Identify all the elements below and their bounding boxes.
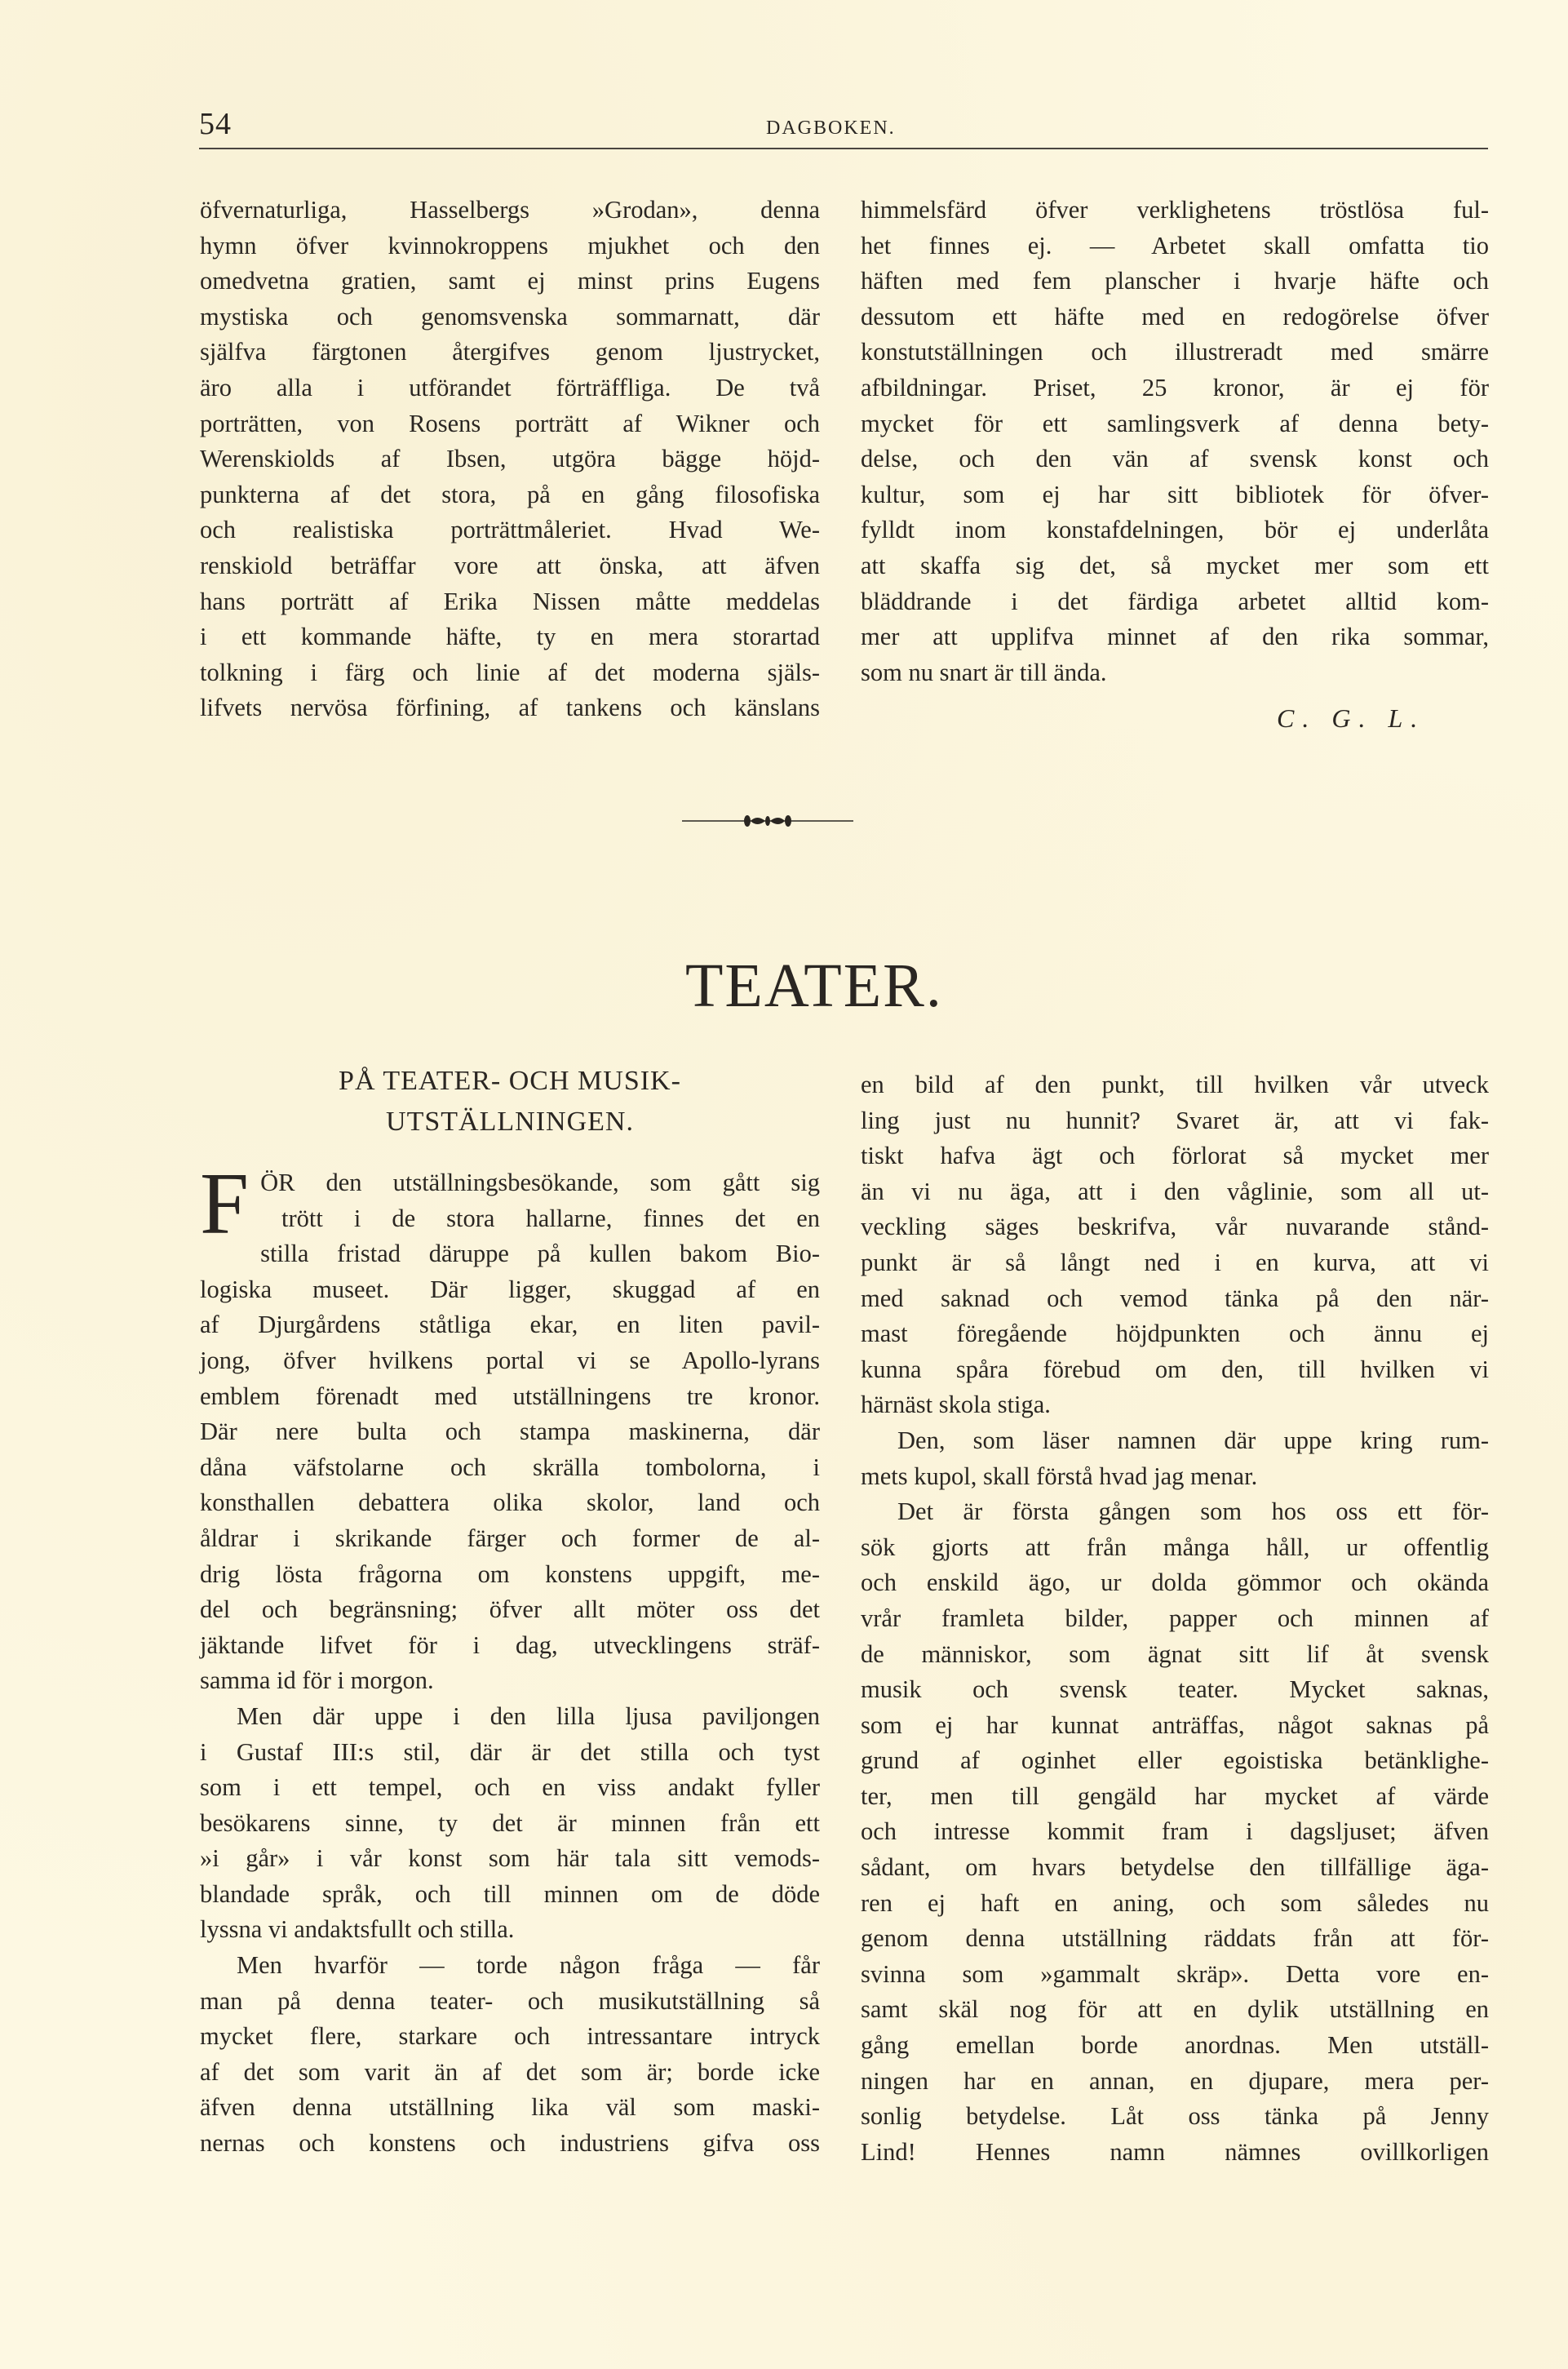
text-line: sök gjorts att från många håll, ur offen… (861, 1530, 1489, 1566)
text-line: i Gustaf III:s stil, där är det stilla o… (200, 1735, 820, 1771)
text-line: åldrar i skrikande färger och former de … (200, 1521, 820, 1557)
text-line: emblem förenadt med utställningens tre k… (200, 1379, 820, 1415)
text-line: mycket för ett samlingsverk af denna bet… (861, 406, 1489, 442)
text-line: porträtten, von Rosens porträtt af Wikne… (200, 406, 820, 442)
text-line: äfven denna utställning lika väl som mas… (200, 2090, 820, 2126)
text-line: het finnes ej. — Arbetet skall omfatta t… (861, 228, 1489, 264)
text-line: af Djurgårdens ståtliga ekar, en liten p… (200, 1307, 820, 1343)
text-line: fylldt inom konstafdelningen, bör ej und… (861, 512, 1489, 548)
text-line: och intresse kommit fram i dagsljuset; ä… (861, 1814, 1489, 1850)
text-line: afbildningar. Priset, 25 kronor, är ej f… (861, 370, 1489, 406)
text-line: delse, och den vän af svensk konst och (861, 441, 1489, 477)
section-title: TEATER. (685, 951, 1012, 1022)
text-line: jäktande lifvet för i dag, utvecklingens… (200, 1628, 820, 1664)
article-title-line-1: PÅ TEATER- OCH MUSIK- (200, 1061, 820, 1102)
text-line: ren ej haft en aning, och som således nu (861, 1886, 1489, 1922)
text-line: Men hvarför — torde någon fråga — får (200, 1948, 820, 1984)
text-line: i ett kommande häfte, ty en mera storart… (200, 619, 820, 655)
text-line: mets kupol, skall förstå hvad jag menar. (861, 1459, 1489, 1495)
article-title-line-2: UTSTÄLLNINGEN. (200, 1102, 820, 1142)
text-line: besökarens sinne, ty det är minnen från … (200, 1806, 820, 1842)
page-number: 54 (199, 106, 232, 142)
text-line: punkt är så långt ned i en kurva, att vi (861, 1245, 1489, 1281)
text-line: Där nere bulta och stampa maskinerna, dä… (200, 1414, 820, 1450)
text-line: som i ett tempel, och en viss andakt fyl… (200, 1770, 820, 1806)
text-line: af det som varit än af det som är; borde… (200, 2055, 820, 2091)
header-rule (199, 148, 1488, 149)
text-line: samt skäl nog för att en dylik utställni… (861, 1992, 1489, 2028)
text-line: än vi nu äga, att i den våglinie, som al… (861, 1174, 1489, 1210)
text-line: jong, öfver hvilkens portal vi se Apollo… (200, 1343, 820, 1379)
text-line: blandade språk, och till minnen om de dö… (200, 1877, 820, 1913)
text-line: Den, som läser namnen där uppe kring rum… (861, 1423, 1489, 1459)
text-line: grund af oginhet eller egoistiska betänk… (861, 1743, 1489, 1779)
text-line: lyssna vi andaktsfullt och stilla. (200, 1912, 820, 1948)
text-line: del och begränsning; öfver allt möter os… (200, 1592, 820, 1628)
text-line: häften med fem planscher i hvarje häfte … (861, 264, 1489, 299)
text-line: sådant, om hvars betydelse den tillfälli… (861, 1850, 1489, 1886)
text-line: Lind! Hennes namn nämnes ovillkorligen (861, 2135, 1489, 2171)
text-line: själfva färgtonen återgifves genom ljust… (200, 335, 820, 370)
text-line: samma id för i morgon. (200, 1663, 820, 1699)
text-line: de människor, som ägnat sitt lif åt sven… (861, 1637, 1489, 1673)
text-line: musik och svensk teater. Mycket saknas, (861, 1672, 1489, 1708)
article-left-column: F ÖR den utställningsbesökande, som gått… (200, 1165, 820, 2162)
text-line: ningen har en annan, en djupare, mera pe… (861, 2064, 1489, 2100)
text-line: sonlig betydelse. Låt oss tänka på Jenny (861, 2099, 1489, 2135)
text-line: mycket flere, starkare och intressantare… (200, 2019, 820, 2055)
text-line: svinna som »gammalt skräp». Detta vore e… (861, 1957, 1489, 1993)
text-line: nernas och konstens och industriens gifv… (200, 2126, 820, 2162)
text-line: lifvets nervösa förfining, af tankens oc… (200, 690, 820, 726)
text-line: vrår framleta bilder, papper och minnen … (861, 1601, 1489, 1637)
text-line: med saknad och vemod tänka på den när- (861, 1281, 1489, 1317)
text-line: mer att upplifva minnet af den rika somm… (861, 619, 1489, 655)
article-title: PÅ TEATER- OCH MUSIK- UTSTÄLLNINGEN. (200, 1061, 820, 1142)
text-line: hans porträtt af Erika Nissen måtte medd… (200, 584, 820, 620)
text-line: härnäst skola stiga. (861, 1387, 1489, 1423)
text-line: »i går» i vår konst som här tala sitt ve… (200, 1841, 820, 1877)
text-line: konstutställningen och illustreradt med … (861, 335, 1489, 370)
text-line: bläddrande i det färdiga arbetet alltid … (861, 584, 1489, 620)
text-line: genom denna utställning räddats från att… (861, 1921, 1489, 1957)
text-line: mast föregående höjdpunkten och ännu ej (861, 1316, 1489, 1352)
text-line: som nu snart är till ända. (861, 655, 1489, 691)
text-line: omedvetna gratien, samt ej minst prins E… (200, 264, 820, 299)
text-line: äro alla i utförandet förträffliga. De t… (200, 370, 820, 406)
top-left-column: öfvernaturliga, Hasselbergs »Grodan», de… (200, 193, 820, 726)
text-line: gång emellan borde anordnas. Men utställ… (861, 2028, 1489, 2064)
text-line: dessutom ett häfte med en redogörelse öf… (861, 299, 1489, 335)
text-line: ling just nu hunnit? Svaret är, att vi f… (861, 1103, 1489, 1139)
text-line: kultur, som ej har sitt bibliotek för öf… (861, 477, 1489, 513)
text-line: ÖR den utställningsbesökande, som gått s… (200, 1165, 820, 1201)
text-line: Men där uppe i den lilla ljusa paviljong… (200, 1699, 820, 1735)
text-line: logiska museet. Där ligger, skuggad af e… (200, 1272, 820, 1308)
text-line: Werenskiolds af Ibsen, utgöra bägge höjd… (200, 441, 820, 477)
text-line: himmelsfärd öfver verklighetens tröstlös… (861, 193, 1489, 228)
article-right-column: en bild af den punkt, till hvilken vår u… (861, 1067, 1489, 2170)
text-line: renskiold beträffar vore att önska, att … (200, 548, 820, 584)
drop-cap: F (200, 1169, 249, 1244)
text-line: och enskild ägo, ur dolda gömmor och okä… (861, 1565, 1489, 1601)
text-line: Det är första gången som hos oss ett för… (861, 1494, 1489, 1530)
text-line: att skaffa sig det, så mycket mer som et… (861, 548, 1489, 584)
text-line: stilla fristad däruppe på kullen bakom B… (200, 1236, 820, 1272)
fleuron-divider-icon (682, 813, 853, 829)
text-line: kunna spåra förebud om den, till hvilken… (861, 1352, 1489, 1388)
text-line: öfvernaturliga, Hasselbergs »Grodan», de… (200, 193, 820, 228)
text-line: hymn öfver kvinnokroppens mjukhet och de… (200, 228, 820, 264)
text-line: trött i de stora hallarne, finnes det en (200, 1201, 820, 1237)
text-line: konsthallen debattera olika skolor, land… (200, 1485, 820, 1521)
text-line: ter, men till gengäld har mycket af värd… (861, 1779, 1489, 1815)
text-line: en bild af den punkt, till hvilken vår u… (861, 1067, 1489, 1103)
text-line: mystiska och genomsvenska sommarnatt, dä… (200, 299, 820, 335)
text-line: tiskt hafva ägt och förlorat så mycket m… (861, 1138, 1489, 1174)
text-line: drig lösta frågorna om konstens uppgift,… (200, 1557, 820, 1593)
text-line: tolkning i färg och linie af det moderna… (200, 655, 820, 691)
text-line: dåna väfstolarne och skrälla tombolorna,… (200, 1450, 820, 1486)
top-right-column: himmelsfärd öfver verklighetens tröstlös… (861, 193, 1489, 690)
text-line: man på denna teater- och musikutställnin… (200, 1984, 820, 2020)
text-line: veckling säges beskrifva, vår nuvarande … (861, 1209, 1489, 1245)
text-line: punkterna af det stora, på en gång filos… (200, 477, 820, 513)
text-line: och realistiska porträttmåleriet. Hvad W… (200, 512, 820, 548)
text-line: som ej har kunnat anträffas, något sakna… (861, 1708, 1489, 1744)
author-signature: C. G. L. (1277, 703, 1425, 734)
journal-title: DAGBOKEN. (766, 118, 896, 140)
